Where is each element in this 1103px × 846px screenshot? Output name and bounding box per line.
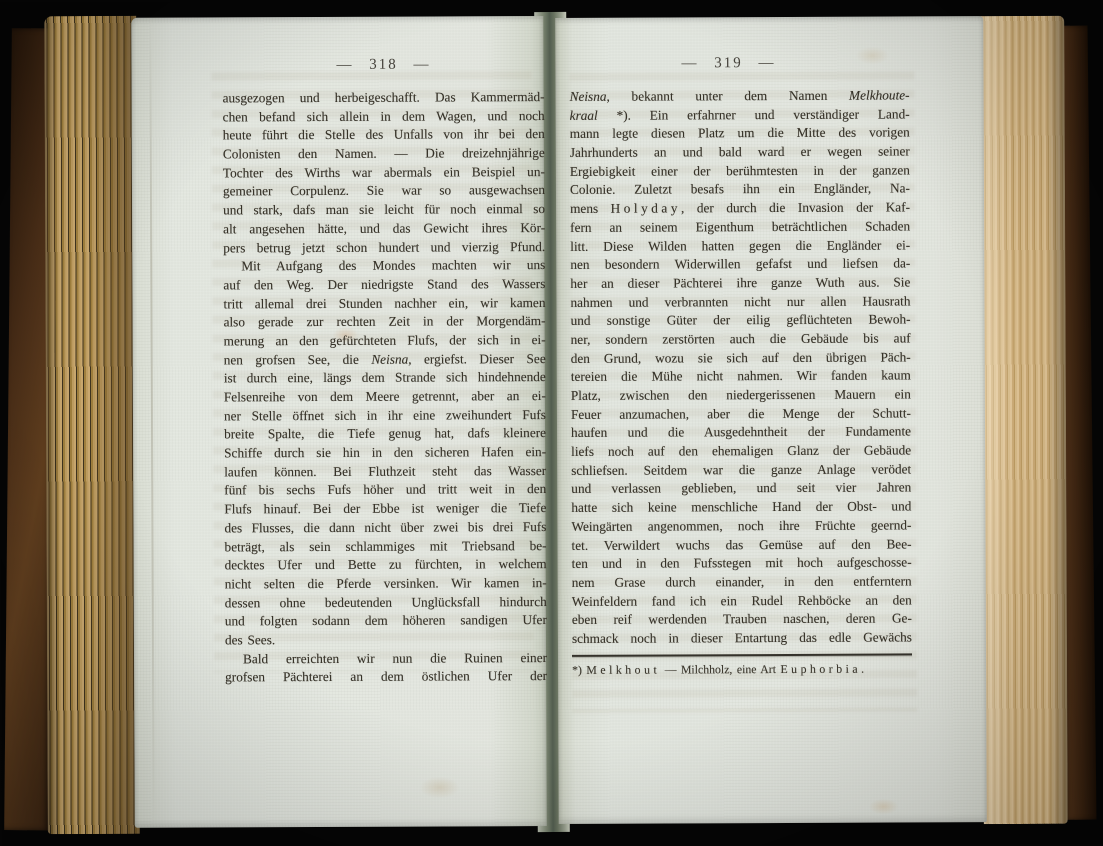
text-segment: *): [572, 663, 586, 677]
book: — 318 — ausgezogen und herbeigeschafft. …: [0, 0, 1103, 846]
footnote: *) Melkhout — Milchholz, eine Art Euphor…: [572, 660, 912, 678]
text-line: gemeiner Corpulenz. Sie war so ausgewach…: [223, 181, 545, 201]
page-number-right: — 319 —: [563, 55, 893, 73]
text-line: Neisna, bekannt unter dem Namen Melkhout…: [570, 86, 910, 106]
text-line: Ergiebigkeit einer der berühmtesten in d…: [570, 161, 910, 181]
text-line: chen befand sich allein in dem Wagen, un…: [223, 107, 545, 127]
text-segment: Weinfeldern fand ich ein Rudel Rehböcke …: [572, 592, 912, 608]
text-segment: des Flusses, die dann nicht über zwei bi…: [224, 519, 546, 535]
text-line: her an dieser Pächterei ihre ganze Wuth …: [570, 273, 910, 293]
text-line: breite Spalte, die Tiefe genug hat, dafs…: [224, 424, 546, 444]
text-segment: schliefsen. Seitdem war die ganze Anlage…: [571, 461, 911, 477]
text-segment: und stark, dafs man sie leicht für noch …: [223, 201, 545, 217]
text-line: nahmen und verbrannten nicht nur allen H…: [570, 292, 910, 312]
text-segment: gemeiner Corpulenz. Sie war so ausgewach…: [223, 182, 545, 198]
page-left-text: ausgezogen und herbeigeschafft. Das Kamm…: [223, 88, 548, 687]
text-segment: decktes Ufer und Bette zu fürchten, in w…: [225, 556, 547, 572]
text-segment: fern an seinem Eigenthum beträchtlichen …: [570, 218, 910, 234]
text-line: Mit Aufgang des Mondes machten wir uns: [223, 256, 545, 276]
text-segment: her an dieser Pächterei ihre ganze Wuth …: [570, 274, 910, 290]
text-line: Schiffe durch sie hin in den sicheren Ha…: [224, 443, 546, 463]
page-right: — 319 — Neisna, bekannt unter dem Namen …: [555, 16, 987, 824]
text-line: fünf bis sechs Fufs höher und tritt weit…: [224, 480, 546, 500]
text-line: nicht selten die Pferde versinken. Wir k…: [225, 574, 547, 594]
text-line: fern an seinem Eigenthum beträchtlichen …: [570, 217, 910, 237]
text-line: Tochter des Wirths war abermals ein Beis…: [223, 163, 545, 183]
text-line: nem Grase durch einander, in den entfern…: [572, 572, 912, 592]
text-line: *) Melkhout — Milchholz, eine Art Euphor…: [572, 660, 912, 678]
text-line: und folgten sodann dem höheren sandigen …: [225, 611, 547, 631]
text-line: liefs noch auf den ehemaligen Glanz der …: [571, 441, 911, 461]
text-line: pers betrug jetzt schon hundert und vier…: [223, 238, 545, 258]
text-segment: tritt allemal drei Stunden nachher ein, …: [223, 295, 545, 311]
text-segment: grofsen Pächterei an dem östlichen Ufer …: [225, 668, 547, 684]
text-line: heute führt die Stelle des Unfalls von i…: [223, 125, 545, 145]
text-segment: den Grund, wozu sie sich auf den übrigen…: [571, 349, 911, 365]
text-line: eben reif werdenden Trauben naschen, der…: [572, 610, 912, 630]
text-line: Colonie. Zuletzt besafs ihn ein Englände…: [570, 180, 910, 200]
text-line: nen grofsen See, die Neisna, ergiefst. D…: [224, 350, 546, 370]
text-line: ner Stelle öffnet sich in ihr eine zweih…: [224, 406, 546, 426]
text-line: nen besondern Widerwillen gefafst und li…: [570, 255, 910, 275]
text-line: litt. Diese Wilden hatten gegen die Engl…: [570, 236, 910, 256]
text-line: tritt allemal drei Stunden nachher ein, …: [223, 294, 545, 314]
text-segment: nen grofsen See, die: [224, 351, 372, 367]
text-line: beträgt, als sein schlammiges mit Triebs…: [224, 537, 546, 557]
text-line: Colonisten den Namen. — Die dreizehnjähr…: [223, 144, 545, 164]
text-segment: — Milchholz, eine Art: [660, 662, 780, 677]
text-segment: Weingärten angenommen, noch ihre Früchte…: [571, 517, 911, 533]
text-segment: nen besondern Widerwillen gefafst und li…: [570, 256, 910, 272]
text-segment: ausgezogen und herbeigeschafft. Das Kamm…: [223, 89, 545, 105]
text-line: tet. Verwildert wuchs das Gemüse auf den…: [571, 535, 911, 555]
text-segment: *). Ein erfahrner und verständiger Land-: [598, 106, 910, 122]
text-segment: mann legte diesen Platz um die Mitte des…: [570, 125, 910, 141]
text-segment: auf den Weg. Der niedrigste Stand des Wa…: [223, 276, 545, 292]
text-segment: beträgt, als sein schlammiges mit Triebs…: [225, 538, 547, 554]
text-segment: nicht selten die Pferde versinken. Wir k…: [225, 575, 547, 591]
text-line: und sonstige Güter der eilig geflüchtete…: [571, 311, 911, 331]
text-line: hatte sich keine menschliche Hand der Ob…: [571, 498, 911, 518]
text-segment: Jahrhunderts an und bald ward er wegen s…: [570, 143, 910, 159]
text-line: des Flusses, die dann nicht über zwei bi…: [224, 518, 546, 538]
text-segment: laufen können. Bei Fluthzeit steht das W…: [224, 463, 546, 479]
text-segment: fünf bis sechs Fufs höher und tritt weit…: [224, 481, 546, 497]
text-line: also gerade zur rechten Zeit in der Morg…: [224, 312, 546, 332]
text-segment-spaced: Melkhout: [586, 663, 660, 677]
text-line: merung an den gefürchteten Flufs, der si…: [224, 331, 546, 351]
text-line: kraal *). Ein erfahrner und verständiger…: [570, 105, 910, 125]
text-segment: schmack noch in dieser Entartung das edl…: [572, 629, 912, 645]
text-line: Felsenreihe von dem Meere getrennt, aber…: [224, 387, 546, 407]
text-segment: Feuer anzumachen, aber die Menge der Sch…: [571, 405, 911, 421]
text-segment: nem Grase durch einander, in den entfern…: [572, 573, 912, 589]
text-line: ten und in den Fufsstegen mit hoch aufge…: [572, 554, 912, 574]
text-line: ner, sondern zerstörten auch die Gebäude…: [571, 329, 911, 349]
text-segment: , bekannt unter dem Namen: [606, 88, 849, 104]
text-line: und stark, dafs man sie leicht für noch …: [223, 200, 545, 220]
text-segment: , ergiefst. Dieser See: [408, 351, 546, 367]
text-segment: tereien die Mühe nicht nahmen. Wir fande…: [571, 368, 911, 384]
text-segment: .: [861, 662, 864, 676]
text-line: Flufs hinauf. Bei der Ebbe ist weniger d…: [224, 499, 546, 519]
text-segment: heute führt die Stelle des Unfalls von i…: [223, 126, 545, 142]
text-line: ist durch eine, längs dem Strande sich h…: [224, 368, 546, 388]
text-line: laufen können. Bei Fluthzeit steht das W…: [224, 462, 546, 482]
text-segment: Tochter des Wirths war abermals ein Beis…: [223, 164, 545, 180]
text-line: tereien die Mühe nicht nahmen. Wir fande…: [571, 367, 911, 387]
text-segment-italic: Neisna: [570, 89, 607, 104]
text-segment: mens: [570, 201, 611, 216]
text-segment: und sonstige Güter der eilig geflüchtete…: [571, 312, 911, 328]
text-segment: Ergiebigkeit einer der berühmtesten in d…: [570, 162, 910, 178]
text-segment-italic: kraal: [570, 107, 598, 122]
text-segment: ten und in den Fufsstegen mit hoch aufge…: [572, 555, 912, 571]
text-segment: litt. Diese Wilden hatten gegen die Engl…: [570, 237, 910, 253]
text-line: dessen ohne bedeutenden Unglücksfall hin…: [225, 593, 547, 613]
text-segment: ner Stelle öffnet sich in ihr eine zweih…: [224, 407, 546, 423]
text-segment: und folgten sodann dem höheren sandigen …: [225, 612, 547, 628]
text-segment: also gerade zur rechten Zeit in der Morg…: [224, 313, 546, 329]
text-segment-italic: Neisna: [371, 351, 408, 366]
text-line: mens Holyday, der durch die Invasion der…: [570, 199, 910, 219]
text-segment: breite Spalte, die Tiefe genug hat, dafs…: [224, 425, 546, 441]
text-line: haufen und die Ausgedehntheit der Fundam…: [571, 423, 911, 443]
text-line: und verlassen geblieben, und seit vier J…: [571, 479, 911, 499]
text-line: Jahrhunderts an und bald ward er wegen s…: [570, 142, 910, 162]
text-segment: Bald erreichten wir nun die Ruinen einer: [243, 650, 547, 666]
text-segment: ist durch eine, längs dem Strande sich h…: [224, 369, 546, 385]
text-line: grofsen Pächterei an dem östlichen Ufer …: [225, 667, 547, 687]
stain: [869, 798, 899, 814]
text-line: alt angesehen hätte, und das Gewicht ihr…: [223, 219, 545, 239]
text-line: schmack noch in dieser Entartung das edl…: [572, 628, 912, 648]
text-segment: Colonisten den Namen. — Die dreizehnjähr…: [223, 145, 545, 161]
text-line: schliefsen. Seitdem war die ganze Anlage…: [571, 460, 911, 480]
page-edges-right: [980, 16, 1068, 824]
page-number-left: — 318 —: [222, 56, 544, 74]
text-segment-spaced: Holyday: [611, 201, 681, 216]
text-segment: Schiffe durch sie hin in den sicheren Ha…: [224, 444, 546, 460]
text-line: Bald erreichten wir nun die Ruinen einer: [225, 649, 547, 669]
text-segment: , der durch die Invasion der Kaf-: [681, 200, 910, 216]
stain: [420, 776, 460, 798]
text-line: des Sees.: [225, 630, 547, 650]
text-segment: pers betrug jetzt schon hundert und vier…: [223, 239, 545, 255]
text-line: Platz, zwischen den niedergerissenen Mau…: [571, 385, 911, 405]
text-line: decktes Ufer und Bette zu fürchten, in w…: [225, 555, 547, 575]
text-segment: chen befand sich allein in dem Wagen, un…: [223, 108, 545, 124]
text-segment: und verlassen geblieben, und seit vier J…: [571, 480, 911, 496]
photo-background: — 318 — ausgezogen und herbeigeschafft. …: [0, 0, 1103, 846]
text-segment: hatte sich keine menschliche Hand der Ob…: [571, 499, 911, 515]
text-segment: liefs noch auf den ehemaligen Glanz der …: [571, 442, 911, 458]
page-crease: [149, 18, 155, 828]
text-segment: dessen ohne bedeutenden Unglücksfall hin…: [225, 594, 547, 610]
text-segment: Mit Aufgang des Mondes machten wir uns: [241, 257, 545, 273]
text-segment: haufen und die Ausgedehntheit der Fundam…: [571, 424, 911, 440]
text-line: den Grund, wozu sie sich auf den übrigen…: [571, 348, 911, 368]
text-segment: merung an den gefürchteten Flufs, der si…: [224, 332, 546, 348]
page-edges-left: [44, 16, 140, 834]
page-right-text: Neisna, bekannt unter dem Namen Melkhout…: [570, 86, 912, 648]
text-line: mann legte diesen Platz um die Mitte des…: [570, 124, 910, 144]
text-line: ausgezogen und herbeigeschafft. Das Kamm…: [223, 88, 545, 108]
text-segment: alt angesehen hätte, und das Gewicht ihr…: [223, 220, 545, 236]
text-segment: Platz, zwischen den niedergerissenen Mau…: [571, 386, 911, 402]
text-segment: Colonie. Zuletzt besafs ihn ein Englände…: [570, 181, 910, 197]
text-segment: tet. Verwildert wuchs das Gemüse auf den…: [571, 536, 911, 552]
text-segment: nahmen und verbrannten nicht nur allen H…: [570, 293, 910, 309]
text-segment-spaced: Euphorbia: [780, 662, 861, 676]
text-segment: eben reif werdenden Trauben naschen, der…: [572, 611, 912, 627]
text-segment: des Sees.: [225, 632, 275, 647]
text-segment-italic: Melkhoute-: [849, 87, 910, 102]
text-segment: ner, sondern zerstörten auch die Gebäude…: [571, 330, 911, 346]
footnote-separator: [572, 653, 912, 656]
text-segment: Flufs hinauf. Bei der Ebbe ist weniger d…: [224, 500, 546, 516]
text-segment: Felsenreihe von dem Meere getrennt, aber…: [224, 388, 546, 404]
text-line: Feuer anzumachen, aber die Menge der Sch…: [571, 404, 911, 424]
text-line: Weingärten angenommen, noch ihre Früchte…: [571, 516, 911, 536]
text-line: Weinfeldern fand ich ein Rudel Rehböcke …: [572, 591, 912, 611]
text-line: auf den Weg. Der niedrigste Stand des Wa…: [223, 275, 545, 295]
page-left: — 318 — ausgezogen und herbeigeschafft. …: [131, 16, 547, 828]
